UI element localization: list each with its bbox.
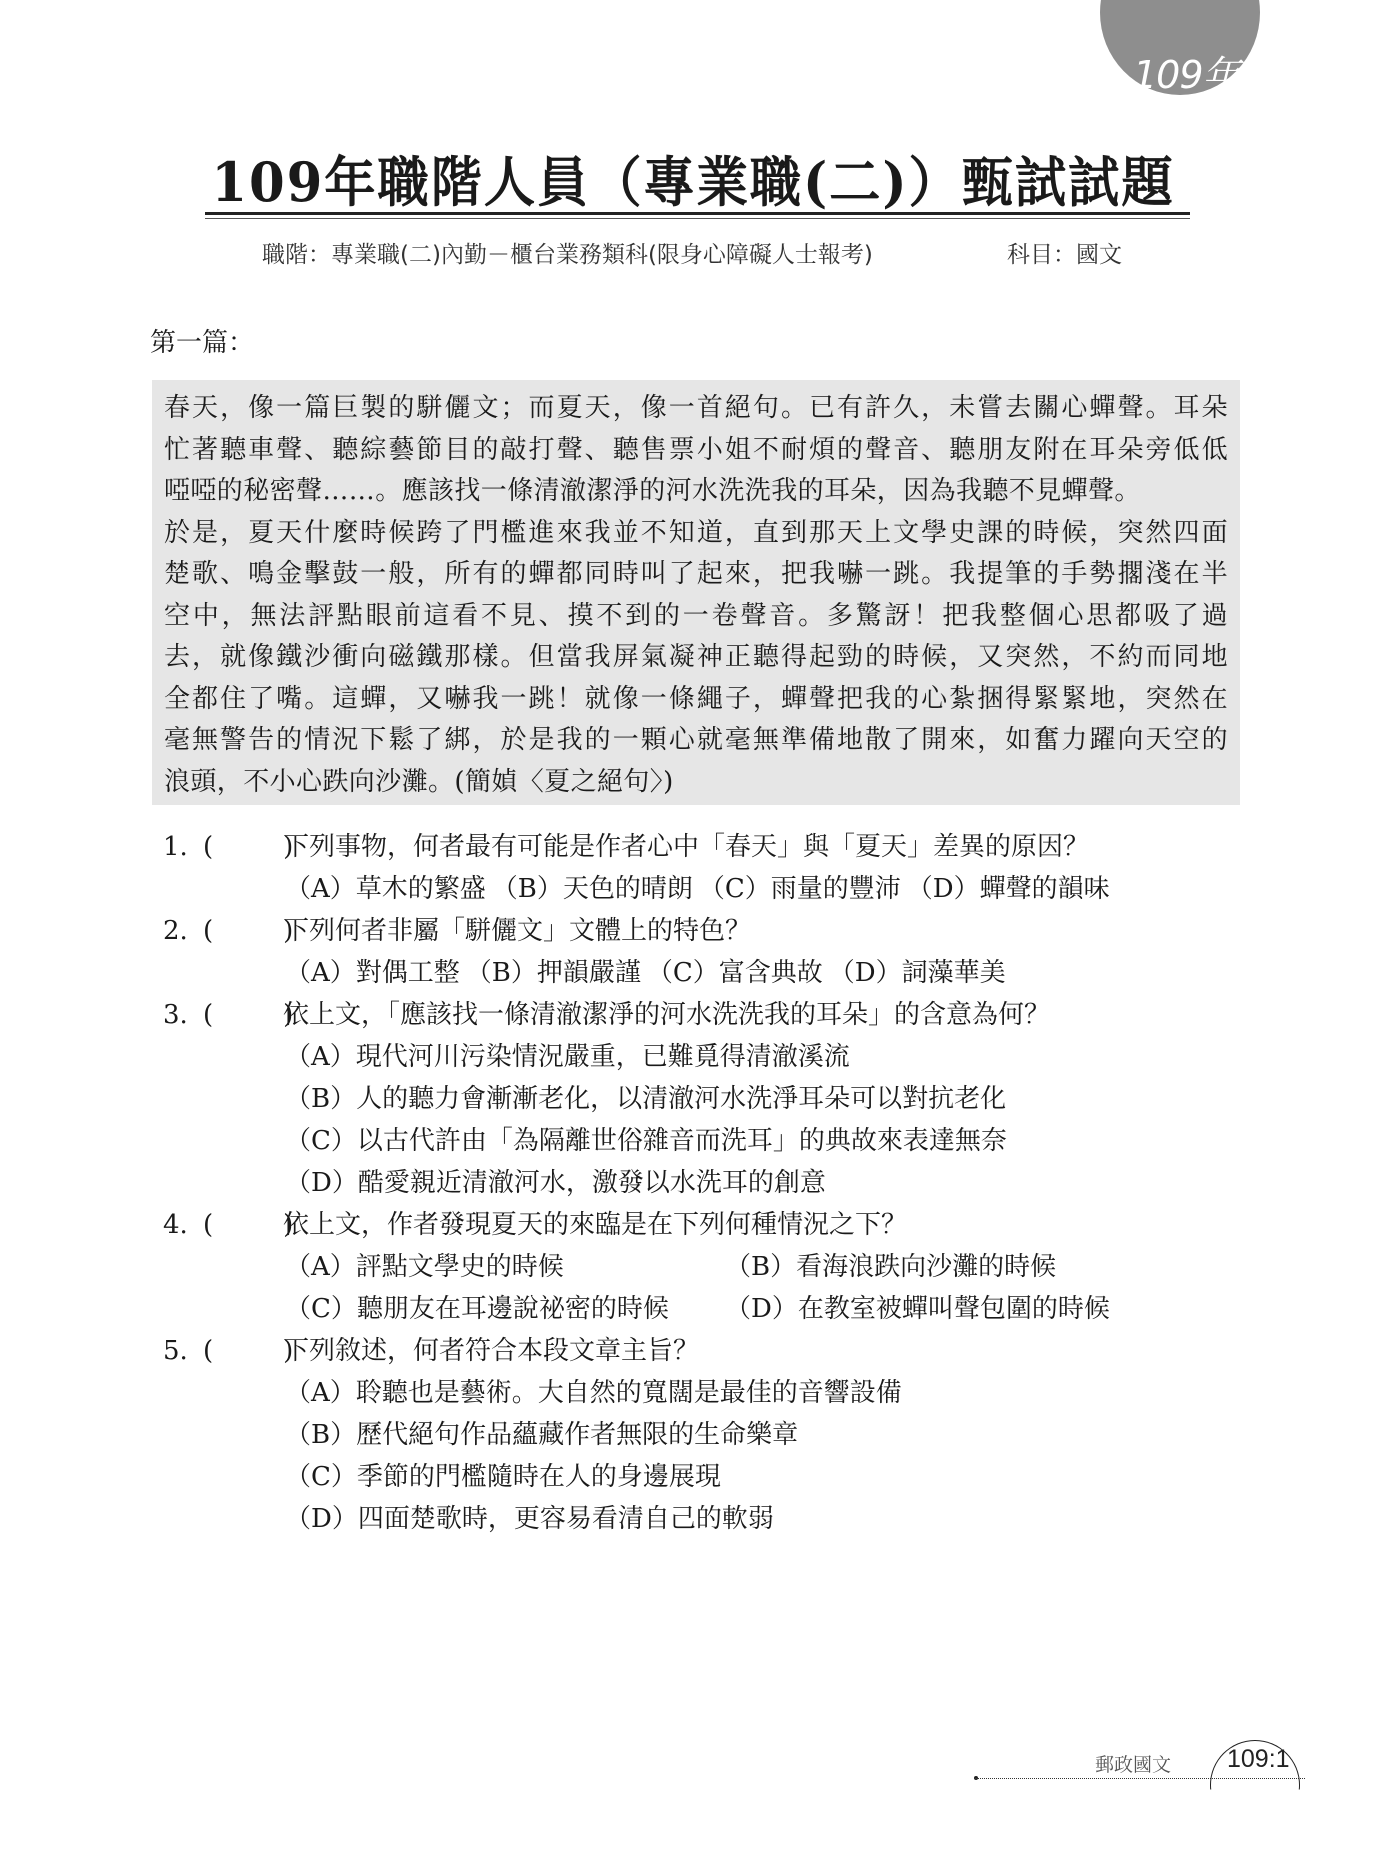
option-d: （D）詞藻華美 (829, 952, 1006, 994)
option-list: （A）評點文學史的時候 （B）看海浪跌向沙灘的時候 （C）聽朋友在耳邊說祕密的時… (163, 1246, 1243, 1330)
question-stem: 依上文，作者發現夏天的來臨是在下列何種情況之下？ (283, 1204, 907, 1246)
option-c: （C）季節的門檻隨時在人的身邊展現 (285, 1456, 1243, 1498)
passage-line: 浪頭，不小心跌向沙灘。(簡媜〈夏之絕句〉) (164, 762, 1228, 804)
question-stem: 依上文，「應該找一條清澈潔淨的河水洗洗我的耳朵」的含意為何？ (283, 994, 1050, 1036)
passage-line: 於是，夏天什麼時候跨了門檻進來我並不知道，直到那天上文學史課的時候，突然四面 (164, 513, 1228, 555)
option-b: （B）天色的晴朗 (492, 868, 693, 910)
question-3: 3. ( ) 依上文，「應該找一條清澈潔淨的河水洗洗我的耳朵」的含意為何？ （A… (163, 994, 1243, 1204)
question-number: 2. (163, 910, 203, 952)
option-a: （A）對偶工整 (285, 952, 460, 994)
passage-line: 忙著聽車聲、聽綜藝節目的敲打聲、聽售票小姐不耐煩的聲音、聽朋友附在耳朵旁低低 (164, 430, 1228, 472)
option-a: （A）評點文學史的時候 (285, 1246, 725, 1288)
question-2: 2. ( ) 下列何者非屬「駢儷文」文體上的特色？ （A）對偶工整 （B）押韻嚴… (163, 910, 1243, 994)
option-c: （C）富含典故 (647, 952, 823, 994)
option-c: （C）聽朋友在耳邊說祕密的時候 (285, 1288, 725, 1330)
reading-passage: 春天，像一篇巨製的駢儷文；而夏天，像一首絕句。已有許久，未嘗去關心蟬聲。耳朵 忙… (152, 380, 1240, 805)
footer-subject: 郵政國文 (1095, 1750, 1171, 1777)
question-1: 1. ( ) 下列事物，何者最有可能是作者心中「春天」與「夏天」差異的原因？ （… (163, 826, 1243, 910)
option-b: （B）人的聽力會漸漸老化，以清澈河水洗淨耳朵可以對抗老化 (285, 1078, 1243, 1120)
option-d: （D）在教室被蟬叫聲包圍的時候 (725, 1288, 1165, 1330)
option-list: （A）聆聽也是藝術。大自然的寬闊是最佳的音響設備 （B）歷代絕句作品蘊藏作者無限… (163, 1372, 1243, 1540)
passage-line: 全都住了嘴。這蟬，又嚇我一跳！就像一條繩子，蟬聲把我的心紮捆得緊緊地，突然在 (164, 679, 1228, 721)
question-number: 5. (163, 1330, 203, 1372)
passage-line: 啞啞的秘密聲……。應該找一條清澈潔淨的河水洗洗我的耳朵，因為我聽不見蟬聲。 (164, 471, 1228, 513)
passage-line: 空中，無法評點眼前這看不見、摸不到的一卷聲音。多驚訝！把我整個心思都吸了過 (164, 596, 1228, 638)
option-a: （A）草木的繁盛 (285, 868, 486, 910)
option-c: （C）以古代許由「為隔離世俗雜音而洗耳」的典故來表達無奈 (285, 1120, 1243, 1162)
exam-subject: 科目：國文 (1007, 236, 1122, 269)
question-4: 4. ( ) 依上文，作者發現夏天的來臨是在下列何種情況之下？ （A）評點文學史… (163, 1204, 1243, 1330)
option-list: （A）對偶工整 （B）押韻嚴謹 （C）富含典故 （D）詞藻華美 (163, 952, 1243, 994)
question-stem: 下列事物，何者最有可能是作者心中「春天」與「夏天」差異的原因？ (283, 826, 1089, 868)
option-c: （C）雨量的豐沛 (699, 868, 901, 910)
option-d: （D）酷愛親近清澈河水，激發以水洗耳的創意 (285, 1162, 1243, 1204)
option-b: （B）歷代絕句作品蘊藏作者無限的生命樂章 (285, 1414, 1243, 1456)
title-divider-thin (205, 218, 1190, 219)
question-number: 4. (163, 1204, 203, 1246)
answer-blank: ( ) (203, 826, 283, 868)
option-b: （B）押韻嚴謹 (466, 952, 641, 994)
question-stem: 下列何者非屬「駢儷文」文體上的特色？ (283, 910, 751, 952)
question-number: 1. (163, 826, 203, 868)
title-divider (205, 212, 1190, 215)
question-list: 1. ( ) 下列事物，何者最有可能是作者心中「春天」與「夏天」差異的原因？ （… (163, 826, 1243, 1540)
option-d: （D）蟬聲的韻味 (907, 868, 1110, 910)
answer-blank: ( ) (203, 1330, 283, 1372)
exam-subtitle: 職階：專業職(二)內勤－櫃台業務類科(限身心障礙人士報考) 科目：國文 (262, 236, 1386, 269)
option-a: （A）現代河川污染情況嚴重，已難覓得清澈溪流 (285, 1036, 1243, 1078)
question-5: 5. ( ) 下列敘述，何者符合本段文章主旨？ （A）聆聽也是藝術。大自然的寬闊… (163, 1330, 1243, 1540)
passage-line: 毫無警告的情況下鬆了綁，於是我的一顆心就毫無準備地散了開來，如奮力躍向天空的 (164, 720, 1228, 762)
question-number: 3. (163, 994, 203, 1036)
option-b: （B）看海浪跌向沙灘的時候 (725, 1246, 1165, 1288)
passage-line: 去，就像鐵沙衝向磁鐵那樣。但當我屏氣凝神正聽得起勁的時候，又突然，不約而同地 (164, 637, 1228, 679)
exam-position: 職階：專業職(二)內勤－櫃台業務類科(限身心障礙人士報考) (262, 242, 873, 268)
page-title: 109年職階人員（專業職(二)）甄試試題 (35, 140, 1352, 217)
answer-blank: ( ) (203, 1204, 283, 1246)
passage-line: 春天，像一篇巨製的駢儷文；而夏天，像一首絕句。已有許久，未嘗去關心蟬聲。耳朵 (164, 388, 1228, 430)
option-d: （D）四面楚歌時，更容易看清自己的軟弱 (285, 1498, 1243, 1540)
section-label: 第一篇： (150, 322, 254, 359)
year-tab-label: 109年 (1133, 44, 1240, 99)
answer-blank: ( ) (203, 910, 283, 952)
page-number: 109:1 (1227, 1745, 1290, 1774)
option-list: （A）現代河川污染情況嚴重，已難覓得清澈溪流 （B）人的聽力會漸漸老化，以清澈河… (163, 1036, 1243, 1204)
option-a: （A）聆聽也是藝術。大自然的寬闊是最佳的音響設備 (285, 1372, 1243, 1414)
question-stem: 下列敘述，何者符合本段文章主旨？ (283, 1330, 699, 1372)
answer-blank: ( ) (203, 994, 283, 1036)
passage-line: 楚歌、鳴金擊鼓一般，所有的蟬都同時叫了起來，把我嚇一跳。我提筆的手勢擱淺在半 (164, 554, 1228, 596)
option-list: （A）草木的繁盛 （B）天色的晴朗 （C）雨量的豐沛 （D）蟬聲的韻味 (163, 868, 1243, 910)
